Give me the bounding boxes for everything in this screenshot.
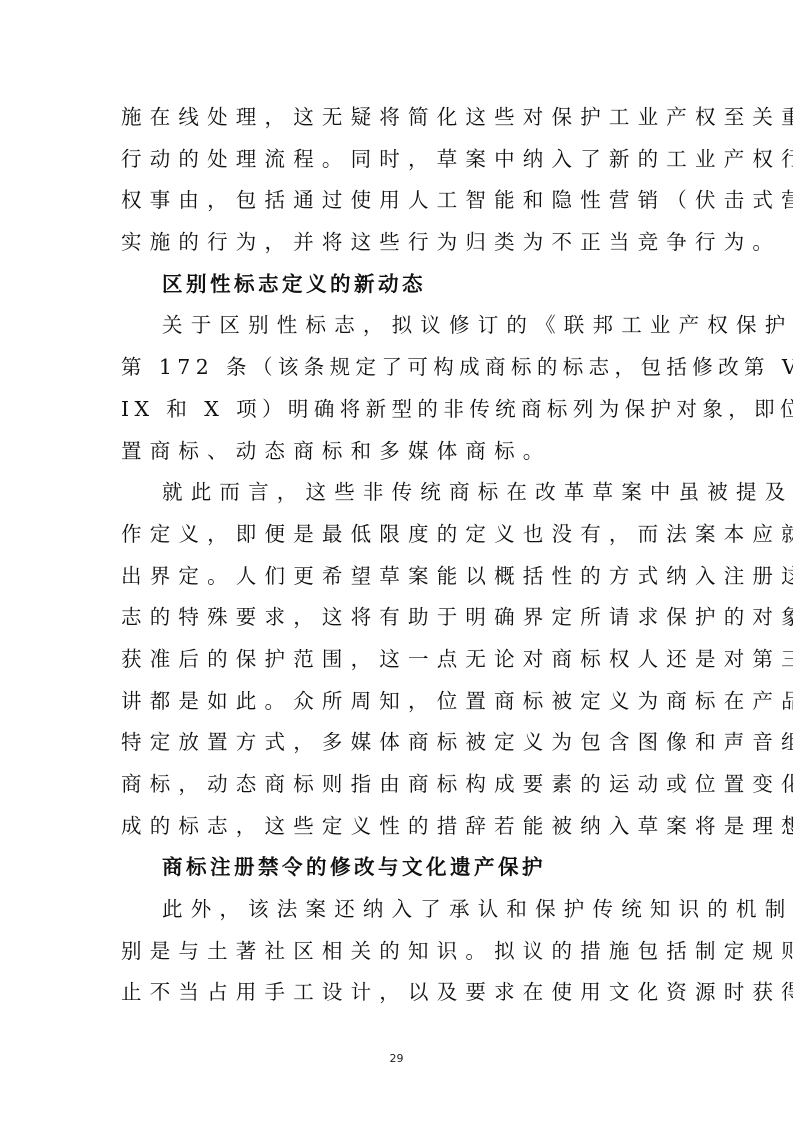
section-heading: 商标注册禁令的修改与文化遗产保护 — [121, 847, 677, 889]
text-line: 第 172 条（该条规定了可构成商标的标志，包括修改第 VIII、 — [121, 347, 677, 389]
text-line: 权事由，包括通过使用人工智能和隐性营销（伏击式营销） — [121, 180, 677, 222]
text-line: 别是与土著社区相关的知识。拟议的措施包括制定规则以防 — [121, 931, 677, 973]
text-line: 置商标、动态商标和多媒体商标。 — [121, 431, 677, 473]
text-line: 成的标志，这些定义性的措辞若能被纳入草案将是理想的。 — [121, 806, 677, 848]
text-line: 实施的行为，并将这些行为归类为不正当竞争行为。 — [121, 222, 677, 264]
text-line: 出界定。人们更希望草案能以概括性的方式纳入注册这些标 — [121, 556, 677, 598]
text-line: 止不当占用手工设计，以及要求在使用文化资源时获得授权 — [121, 972, 677, 1014]
text-line: 讲都是如此。众所周知，位置商标被定义为商标在产品上的 — [121, 681, 677, 723]
document-page: 施在线处理，这无疑将简化这些对保护工业产权至关重要的 行动的处理流程。同时，草案… — [121, 97, 677, 1014]
text-line: IX 和 X 项）明确将新型的非传统商标列为保护对象，即位 — [121, 389, 677, 431]
text-line: 就此而言，这些非传统商标在改革草案中虽被提及但未 — [121, 472, 677, 514]
text-line: 商标，动态商标则指由商标构成要素的运动或位置变化所组 — [121, 764, 677, 806]
text-line: 此外，该法案还纳入了承认和保护传统知识的机制，特 — [121, 889, 677, 931]
text-line: 行动的处理流程。同时，草案中纳入了新的工业产权行政侵 — [121, 139, 677, 181]
section-heading: 区别性标志定义的新动态 — [121, 264, 677, 306]
text-line: 志的特殊要求，这将有助于明确界定所请求保护的对象及其 — [121, 597, 677, 639]
text-line: 获准后的保护范围，这一点无论对商标权人还是对第三方来 — [121, 639, 677, 681]
text-line: 关于区别性标志，拟议修订的《联邦工业产权保护法》 — [121, 305, 677, 347]
text-line: 特定放置方式，多媒体商标被定义为包含图像和声音组合的 — [121, 722, 677, 764]
text-line: 作定义，即便是最低限度的定义也没有，而法案本应就此给 — [121, 514, 677, 556]
page-number: 29 — [0, 1052, 793, 1065]
text-line: 施在线处理，这无疑将简化这些对保护工业产权至关重要的 — [121, 97, 677, 139]
